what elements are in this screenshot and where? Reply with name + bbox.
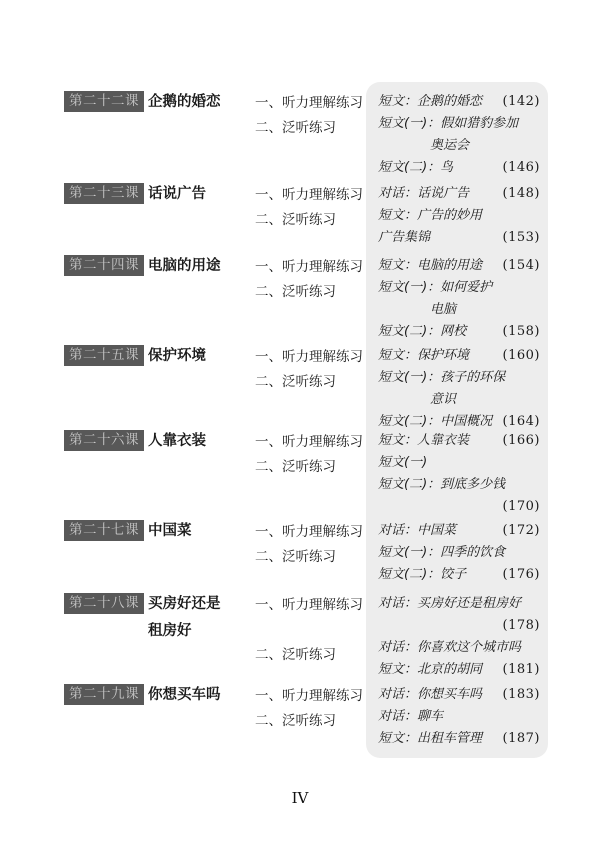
toc-text: 对话：买房好还是租房好 [378,593,521,615]
toc-text: 短文：企鹅的婚恋 [378,91,482,113]
toc-page-number: (172) [503,520,540,542]
toc-page-number: (166) [503,430,540,452]
toc-text: 意识 [430,389,456,411]
exercise-item: 二、泛听练习 [255,116,363,141]
toc-line: 对话：买房好还是租房好 [378,593,540,615]
toc-page-number: (160) [503,345,540,367]
toc-text: 短文(一)：假如猎豹参加 [378,113,518,135]
toc-group-29: 对话：你想买车吗(183) 对话：聊车 短文：出租车管理(187) [378,684,540,750]
exercise-list: 一、听力理解练习 二、泛听练习 [255,520,363,570]
toc-text: 对话：中国菜 [378,520,456,542]
exercise-item: 一、听力理解练习 [255,593,363,618]
toc-group-26: 短文：人靠衣装(166) 短文(一) 短文(二)：到底多少钱 (170) [378,430,540,518]
toc-page-number: (178) [503,615,540,637]
toc-text: 短文(一)：四季的饮食 [378,542,505,564]
exercise-item: 一、听力理解练习 [255,430,363,455]
exercise-item: 一、听力理解练习 [255,520,363,545]
lesson-number-badge: 第二十五课 [64,345,144,366]
exercise-item: 二、泛听练习 [255,545,363,570]
toc-line: 短文(二)：网校(158) [378,321,540,343]
exercise-item: 一、听力理解练习 [255,183,363,208]
toc-line: 对话：你想买车吗(183) [378,684,540,706]
toc-line: (170) [378,496,540,518]
toc-line: 短文(一)：孩子的环保 [378,367,540,389]
toc-page-number: (148) [503,183,540,205]
toc-page-number: (183) [503,684,540,706]
lesson-title: 企鹅的婚恋 [148,89,232,116]
lesson-number-badge: 第二十三课 [64,183,144,204]
exercise-list: 一、听力理解练习 二、泛听练习 [255,255,363,305]
toc-line: 短文(一) [378,452,540,474]
lesson-title: 保护环境 [148,343,232,370]
exercise-list: 一、听力理解练习 二、泛听练习 [255,345,363,395]
toc-text: 对话：聊车 [378,706,443,728]
lesson-number-badge: 第二十九课 [64,684,144,705]
toc-text: 电脑 [430,299,456,321]
toc-text: 短文(二)：网校 [378,321,466,343]
toc-text: 短文：人靠衣装 [378,430,469,452]
exercise-item: 一、听力理解练习 [255,684,363,709]
exercise-list: 一、听力理解练习 二、泛听练习 [255,593,363,668]
toc-line: 短文(二)：饺子(176) [378,564,540,586]
toc-line: 奥运会 [378,135,540,157]
toc-text: 短文(一) [378,452,427,474]
toc-group-28: 对话：买房好还是租房好 (178) 对话：你喜欢这个城市吗 短文：北京的胡同(1… [378,593,540,681]
toc-line: 短文：保护环境(160) [378,345,540,367]
toc-line: 短文(二)：到底多少钱 [378,474,540,496]
toc-text: 对话：你想买车吗 [378,684,482,706]
lesson-title: 中国菜 [148,518,232,545]
toc-text: 短文：出租车管理 [378,728,482,750]
exercise-item: 二、泛听练习 [255,643,363,668]
toc-text: 短文：广告的妙用 [378,205,482,227]
toc-line: 短文：出租车管理(187) [378,728,540,750]
toc-line: 短文：广告的妙用 [378,205,540,227]
toc-line: 对话：你喜欢这个城市吗 [378,637,540,659]
exercise-list: 一、听力理解练习 二、泛听练习 [255,684,363,734]
lesson-title: 人靠衣装 [148,428,232,455]
toc-page-number: (153) [503,227,540,249]
toc-text: 短文：保护环境 [378,345,469,367]
exercise-item: 一、听力理解练习 [255,91,363,116]
toc-line: 对话：中国菜(172) [378,520,540,542]
lesson-number-badge: 第二十六课 [64,430,144,451]
toc-line: 对话：话说广告(148) [378,183,540,205]
toc-line: 意识 [378,389,540,411]
toc-group-24: 短文：电脑的用途(154) 短文(一)：如何爱护 电脑 短文(二)：网校(158… [378,255,540,343]
exercise-item: 二、泛听练习 [255,370,363,395]
lesson-number-badge: 第二十二课 [64,91,144,112]
toc-line: 短文：电脑的用途(154) [378,255,540,277]
toc-group-25: 短文：保护环境(160) 短文(一)：孩子的环保 意识 短文(二)：中国概况(1… [378,345,540,433]
toc-line: 对话：聊车 [378,706,540,728]
exercise-list: 一、听力理解练习 二、泛听练习 [255,183,363,233]
exercise-list: 一、听力理解练习 二、泛听练习 [255,91,363,141]
toc-group-23: 对话：话说广告(148) 短文：广告的妙用 广告集锦(153) [378,183,540,249]
toc-page-number: (170) [503,496,540,518]
exercise-list: 一、听力理解练习 二、泛听练习 [255,430,363,480]
toc-page-number: (181) [503,659,540,681]
toc-line: 短文(二)：鸟(146) [378,157,540,179]
toc-line: 电脑 [378,299,540,321]
toc-text: 奥运会 [430,135,469,157]
toc-text: 对话：话说广告 [378,183,469,205]
toc-line: 短文(一)：假如猎豹参加 [378,113,540,135]
toc-line: 短文：人靠衣装(166) [378,430,540,452]
footer-page-number: IV [0,789,600,807]
exercise-item: 一、听力理解练习 [255,345,363,370]
lesson-title: 话说广告 [148,181,232,208]
toc-text: 广告集锦 [378,227,430,249]
lesson-number-badge: 第二十七课 [64,520,144,541]
toc-page-number: (146) [503,157,540,179]
exercise-item: 二、泛听练习 [255,208,363,233]
exercise-item: 二、泛听练习 [255,280,363,305]
toc-text: 短文(二)：饺子 [378,564,466,586]
toc-text: 对话：你喜欢这个城市吗 [378,637,521,659]
toc-text: 短文(二)：到底多少钱 [378,474,505,496]
toc-page-number: (176) [503,564,540,586]
exercise-item: 一、听力理解练习 [255,255,363,280]
toc-page-number: (158) [503,321,540,343]
lesson-title: 买房好还是租房好 [148,591,232,645]
toc-text: 短文(一)：孩子的环保 [378,367,505,389]
exercise-item: 二、泛听练习 [255,709,363,734]
toc-page-number: (154) [503,255,540,277]
toc-line: 广告集锦(153) [378,227,540,249]
exercise-item: 二、泛听练习 [255,455,363,480]
toc-line: 短文：企鹅的婚恋(142) [378,91,540,113]
lesson-title: 你想买车吗 [148,682,232,709]
lesson-title: 电脑的用途 [148,253,232,280]
lesson-number-badge: 第二十四课 [64,255,144,276]
toc-line: 短文(一)：四季的饮食 [378,542,540,564]
lesson-number-badge: 第二十八课 [64,593,144,614]
toc-text: 短文：北京的胡同 [378,659,482,681]
toc-line: 短文：北京的胡同(181) [378,659,540,681]
toc-group-27: 对话：中国菜(172) 短文(一)：四季的饮食 短文(二)：饺子(176) [378,520,540,586]
toc-text: 短文(二)：鸟 [378,157,453,179]
toc-text: 短文(一)：如何爱护 [378,277,492,299]
toc-page-number: (187) [503,728,540,750]
toc-line: (178) [378,615,540,637]
toc-group-22: 短文：企鹅的婚恋(142) 短文(一)：假如猎豹参加 奥运会 短文(二)：鸟(1… [378,91,540,179]
toc-text: 短文：电脑的用途 [378,255,482,277]
toc-page-number: (142) [503,91,540,113]
toc-line: 短文(一)：如何爱护 [378,277,540,299]
toc-page: 第二十二课 企鹅的婚恋 一、听力理解练习 二、泛听练习 短文：企鹅的婚恋(142… [0,0,600,843]
